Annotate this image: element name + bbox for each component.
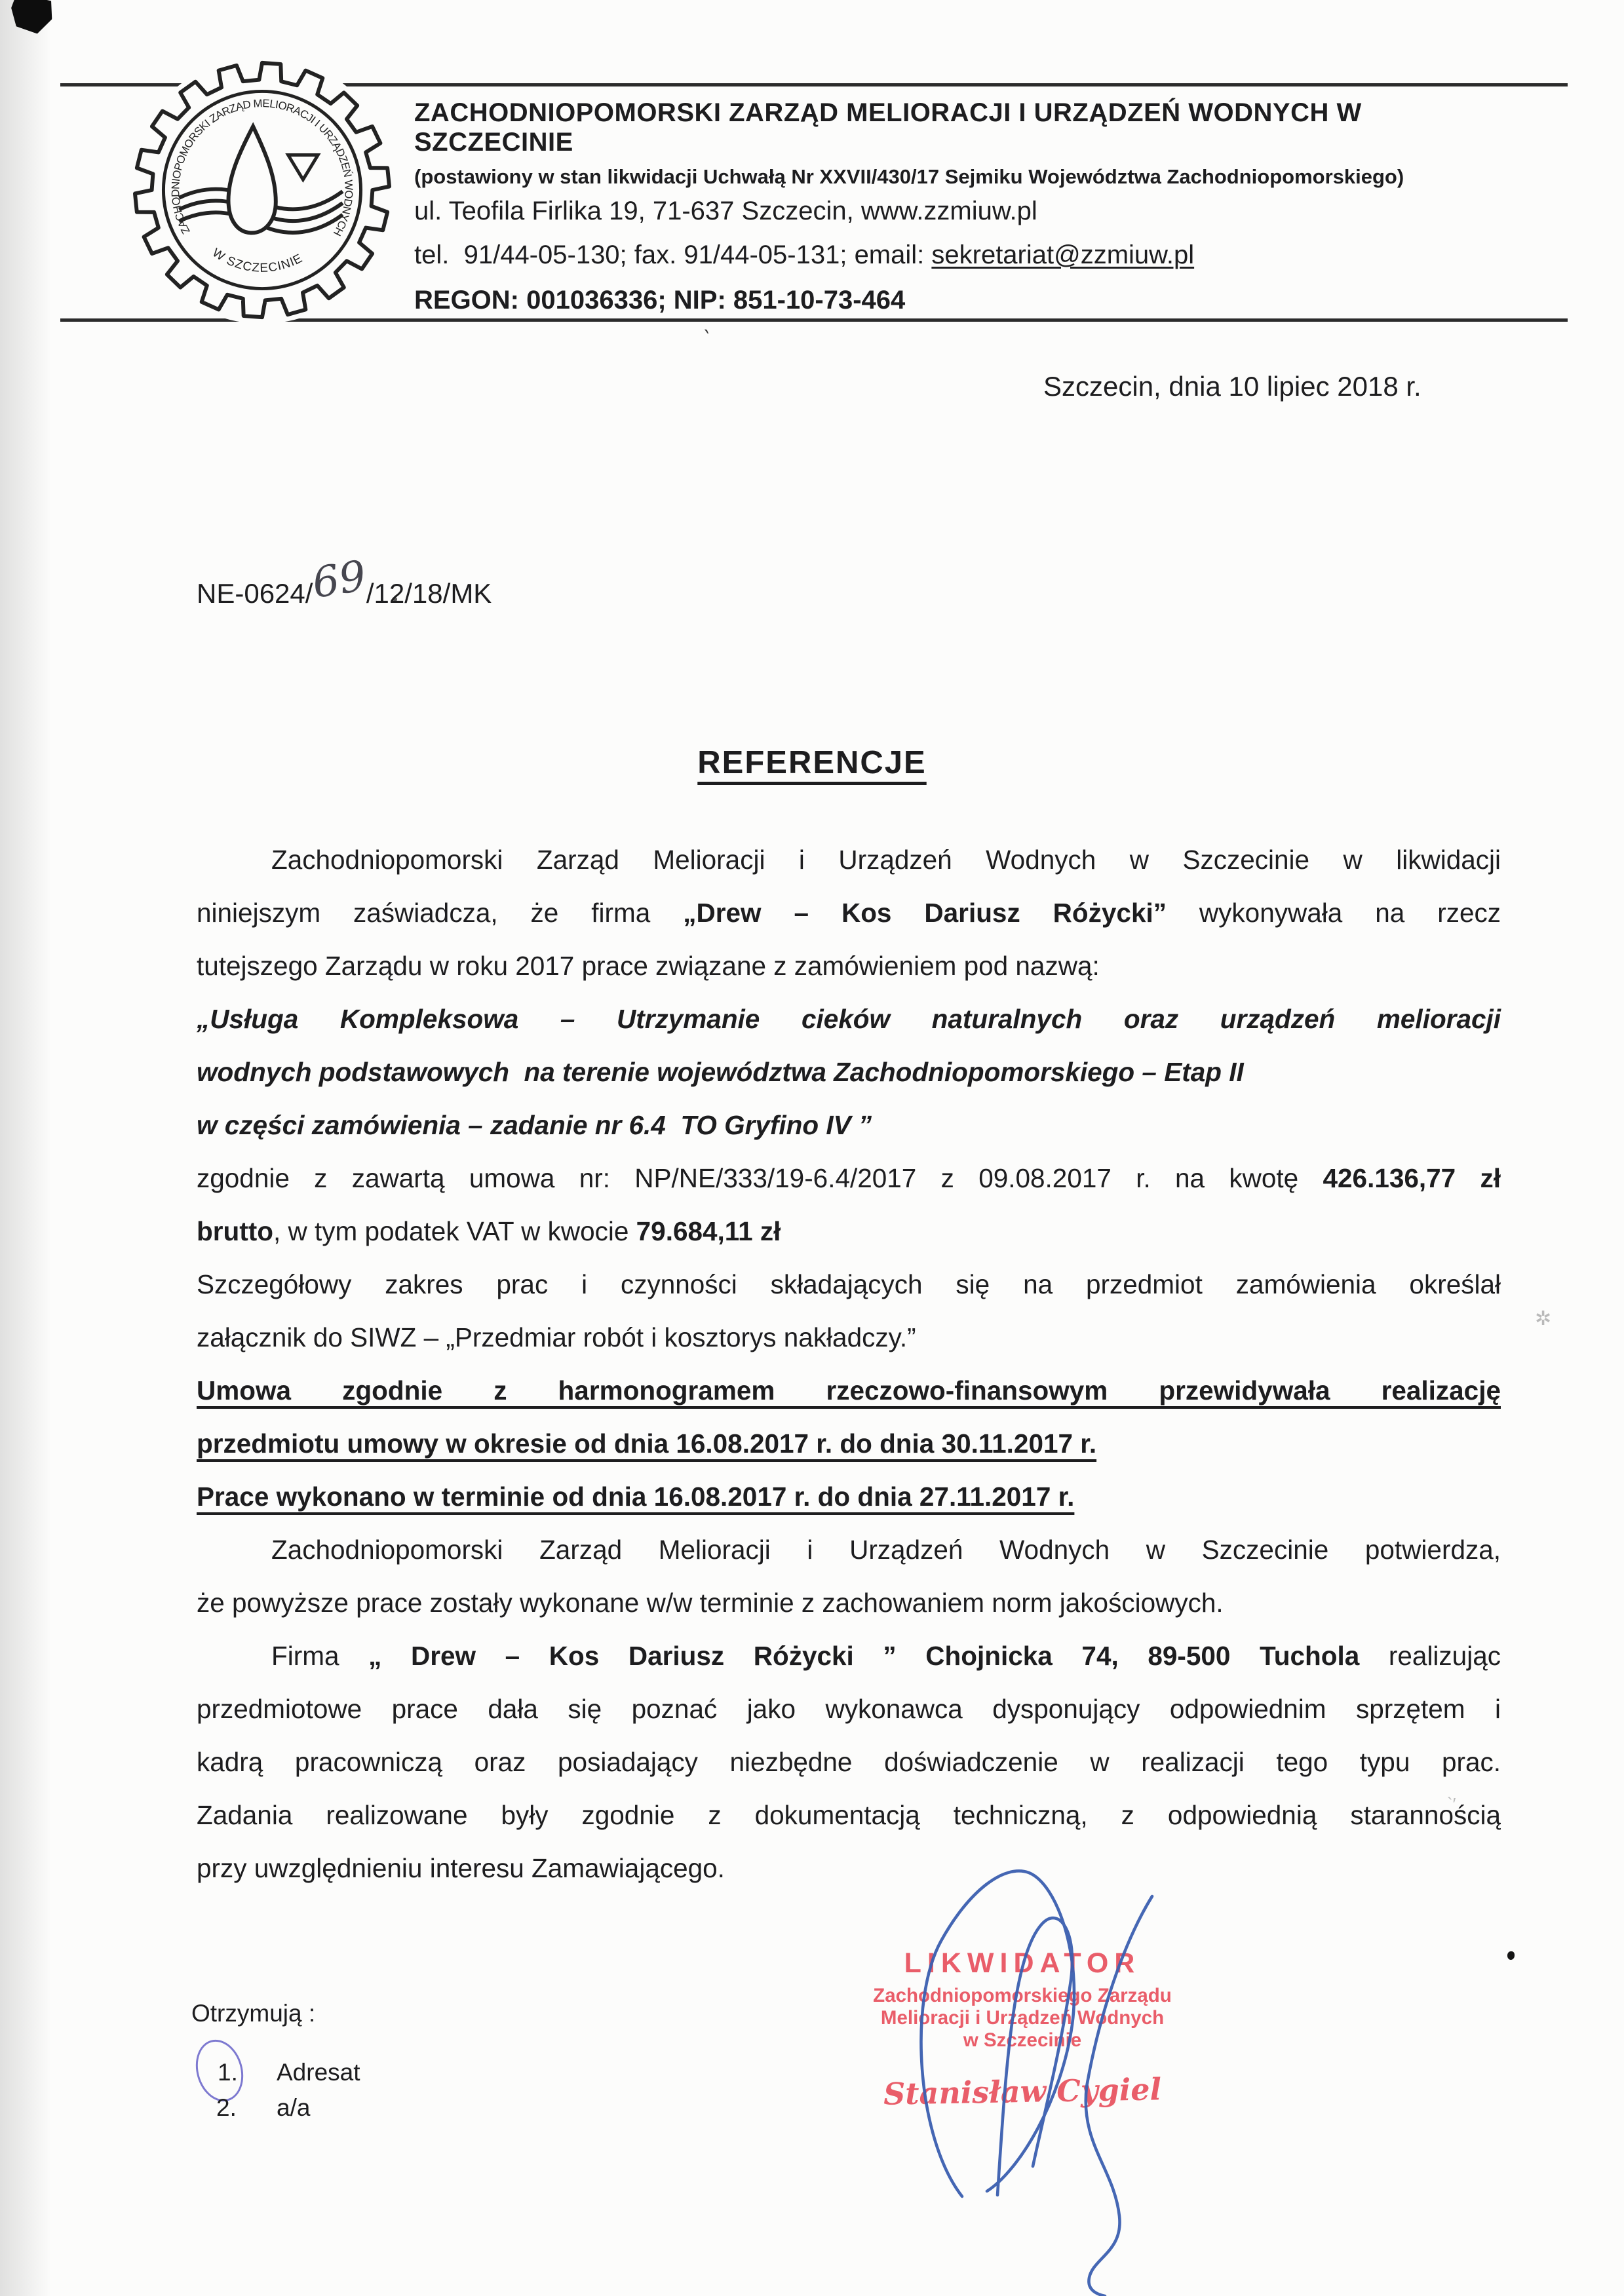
body-line: przy uwzględnieniu interesu Zamawiająceg… xyxy=(197,1842,1501,1895)
body-text: Zachodniopomorski Zarząd Melioracji i Ur… xyxy=(197,833,1501,1895)
body-line: „Usługa Kompleksowa – Utrzymanie cieków … xyxy=(197,993,1501,1046)
organization-logo: ZACHODNIOPOMORSKI ZARZĄD MELIORACJI I UR… xyxy=(126,54,398,326)
body-line: brutto, w tym podatek VAT w kwocie 79.68… xyxy=(197,1205,1501,1258)
scan-speck: ` xyxy=(698,326,711,353)
stamp-org-line: w Szczecinie xyxy=(865,2029,1180,2052)
liquidator-stamp: LIKWIDATOR Zachodniopomorskiego Zarządu … xyxy=(865,1947,1180,2109)
stamp-org: Zachodniopomorskiego Zarządu Melioracji … xyxy=(865,1985,1180,2052)
distribution-item-number: 2. xyxy=(216,2094,237,2122)
body-line: przedmiotowe prace dała się poznać jako … xyxy=(197,1683,1501,1736)
body-line: Szczegółowy zakres prac i czynności skła… xyxy=(197,1258,1501,1311)
stamp-org-line: Zachodniopomorskiego Zarządu xyxy=(865,1985,1180,2007)
stamp-role: LIKWIDATOR xyxy=(865,1947,1180,1980)
body-line: zgodnie z zawartą umowa nr: NP/NE/333/19… xyxy=(197,1152,1501,1205)
body-line: Umowa zgodnie z harmonogramem rzeczowo-f… xyxy=(197,1364,1501,1417)
body-line: załącznik do SIWZ – „Przedmiar robót i k… xyxy=(197,1311,1501,1364)
ink-dot xyxy=(1507,1951,1515,1960)
body-line: tutejszego Zarządu w roku 2017 prace zwi… xyxy=(197,940,1501,993)
scan-speck: ✲ xyxy=(1535,1307,1551,1330)
body-line: wodnych podstawowych na terenie wojewódz… xyxy=(197,1046,1501,1099)
distribution-label: Otrzymują : xyxy=(191,2000,315,2027)
body-line: Firma „ Drew – Kos Dariusz Różycki ” Cho… xyxy=(197,1630,1501,1683)
stamp-signer-name: Stanisław Cygiel xyxy=(865,2071,1180,2112)
email-address: sekretariat@zzmiuw.pl xyxy=(931,240,1194,269)
body-line: że powyższe prace zostały wykonane w/w t… xyxy=(197,1577,1501,1630)
body-line: w części zamówienia – zadanie nr 6.4 TO … xyxy=(197,1099,1501,1152)
liquidation-note: (postawiony w stan likwidacji Uchwałą Nr… xyxy=(414,165,1528,189)
body-line: Zadania realizowane były zgodnie z dokum… xyxy=(197,1789,1501,1842)
body-line: Zachodniopomorski Zarząd Melioracji i Ur… xyxy=(197,833,1501,887)
body-line: kadrą pracowniczą oraz posiadający niezb… xyxy=(197,1736,1501,1789)
body-line: Zachodniopomorski Zarząd Melioracji i Ur… xyxy=(197,1523,1501,1577)
scanned-document-page: ` ✲ `′ ZACHODNIOPOMORSKI ZARZĄD MELIORAC… xyxy=(0,0,1624,2296)
handwritten-number: 69 xyxy=(309,552,370,608)
distribution-item-number: 1. xyxy=(218,2059,238,2086)
org-address: ul. Teofila Firlika 19, 71-637 Szczecin,… xyxy=(414,197,1528,226)
distribution-item-label: a/a xyxy=(277,2094,310,2122)
ref-prefix: NE-0624/ xyxy=(197,578,313,609)
distribution-item-label: Adresat xyxy=(277,2059,360,2086)
letterhead: ZACHODNIOPOMORSKI ZARZĄD MELIORACJI I UR… xyxy=(414,98,1528,315)
regon-nip: REGON: 001036336; NIP: 851-10-73-464 xyxy=(414,286,1528,315)
date-line: Szczecin, dnia 10 lipiec 2018 r. xyxy=(1043,371,1421,402)
tel-fax-text: tel. 91/44-05-130; fax. 91/44-05-131; em… xyxy=(414,240,931,269)
stamp-org-line: Melioracji i Urządzeń Wodnych xyxy=(865,2007,1180,2029)
body-line: Prace wykonano w terminie od dnia 16.08.… xyxy=(197,1470,1501,1523)
body-line: przedmiotu umowy w okresie od dnia 16.08… xyxy=(197,1417,1501,1470)
scan-edge-shading xyxy=(0,0,51,2296)
page-title: REFERENCJE xyxy=(0,744,1624,781)
body-line: niniejszym zaświadcza, że firma „Drew – … xyxy=(197,887,1501,940)
ref-suffix: /12/18/MK xyxy=(366,578,492,609)
reference-number: NE-0624/69/12/18/MK xyxy=(197,565,492,613)
org-contacts: tel. 91/44-05-130; fax. 91/44-05-131; em… xyxy=(414,240,1528,270)
org-name: ZACHODNIOPOMORSKI ZARZĄD MELIORACJI I UR… xyxy=(414,98,1528,157)
